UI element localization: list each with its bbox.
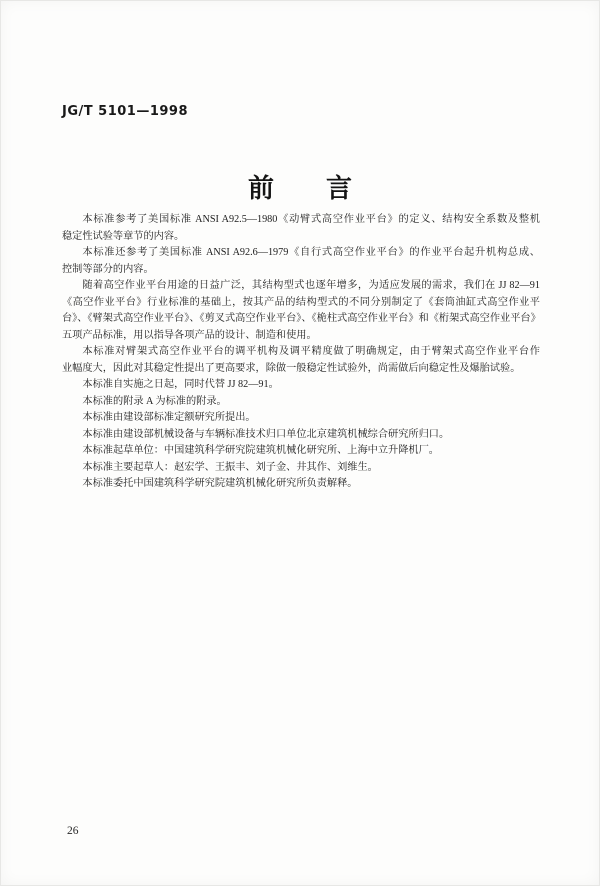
text-line: 本标准参考了美国标准 ANSI A92.5—1980《动臂式高空作业平台》的定义… (62, 212, 540, 229)
foreword-body: 本标准参考了美国标准 ANSI A92.5—1980《动臂式高空作业平台》的定义… (62, 212, 540, 493)
text-line: 《高空作业平台》行业标准的基础上，按其产品的结构型式的不同分别制定了《套筒油缸式… (62, 295, 540, 312)
scanned-document-page: JG/T 5101—1998 前 言 本标准参考了美国标准 ANSI A92.5… (0, 0, 600, 886)
standard-number: JG/T 5101—1998 (62, 104, 188, 119)
text-line: 本标准的附录 A 为标准的附录。 (62, 394, 540, 411)
text-line: 稳定性试验等章节的内容。 (62, 229, 540, 246)
text-line: 随着高空作业平台用途的日益广泛，其结构型式也逐年增多，为适应发展的需求，我们在 … (62, 278, 540, 295)
page-title: 前 言 (0, 168, 600, 205)
text-line: 本标准由建设部标准定额研究所提出。 (62, 410, 540, 427)
text-line: 控制等部分的内容。 (62, 262, 540, 279)
text-line: 本标准还参考了美国标准 ANSI A92.6—1979《自行式高空作业平台》的作… (62, 245, 540, 262)
text-line: 本标准自实施之日起，同时代替 JJ 82—91。 (62, 377, 540, 394)
text-line: 本标准由建设部机械设备与车辆标准技术归口单位北京建筑机械综合研究所归口。 (62, 427, 540, 444)
text-line: 台》、《臂架式高空作业平台》、《剪叉式高空作业平台》、《桅柱式高空作业平台》和《… (62, 311, 540, 328)
text-line: 本标准委托中国建筑科学研究院建筑机械化研究所负责解释。 (62, 476, 540, 493)
text-line: 业幅度大，因此对其稳定性提出了更高要求，除做一般稳定性试验外，尚需做后向稳定性及… (62, 361, 540, 378)
text-line: 本标准对臂架式高空作业平台的调平机构及调平精度做了明确规定，由于臂架式高空作业平… (62, 344, 540, 361)
text-line: 本标准起草单位：中国建筑科学研究院建筑机械化研究所、上海中立升降机厂。 (62, 443, 540, 460)
page-number: 26 (67, 825, 79, 837)
text-line: 本标准主要起草人：赵宏学、王振丰、刘子金、井其作、刘维生。 (62, 460, 540, 477)
text-line: 五项产品标准，用以指导各项产品的设计、制造和使用。 (62, 328, 540, 345)
